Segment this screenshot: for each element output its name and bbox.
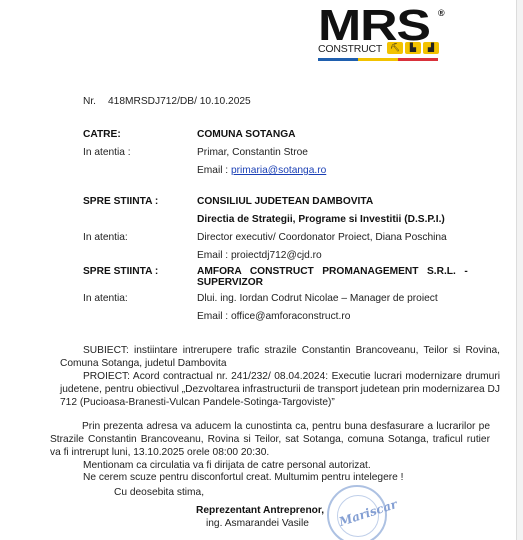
letter-page: MRS ® CONSTRUCT ⛏ ▙ ▟ Nr. 418MRSDJ712/DB… <box>0 0 517 540</box>
email-label: Email : <box>197 311 231 322</box>
mrs-construct-logo: MRS ® CONSTRUCT ⛏ ▙ ▟ <box>318 6 448 61</box>
logo-brand: MRS <box>318 6 430 46</box>
bulldozer-icon: ▟ <box>423 42 439 54</box>
email-label: Email : <box>197 250 231 261</box>
reference-number: 418MRSDJ712/DB/ 10.10.2025 <box>108 95 251 108</box>
spre-stiinta-2-attention: Dlui. ing. Iordan Codrut Nicolae – Manag… <box>197 292 438 305</box>
logo-subtitle: CONSTRUCT <box>318 43 382 55</box>
spre-stiinta-2-name-line2: SUPERVIZOR <box>197 276 263 289</box>
subject-paragraph: SUBIECT: instiintare intrerupere trafic … <box>60 344 500 370</box>
catre-email-row: Email : primaria@sotanga.ro <box>197 164 326 177</box>
vertical-scrollbar[interactable] <box>516 0 523 540</box>
catre-attention: Primar, Constantin Stroe <box>197 146 308 159</box>
catre-email-link[interactable]: primaria@sotanga.ro <box>231 165 326 176</box>
catre-label: CATRE: <box>83 128 121 141</box>
reference-label: Nr. <box>83 95 96 108</box>
spre-stiinta-1-department: Directia de Strategii, Programe si Inves… <box>197 213 445 226</box>
closing-role: Reprezentant Antreprenor, <box>196 504 324 517</box>
body-line-3: Ne cerem scuze pentru disconfortul creat… <box>83 471 403 484</box>
closing-signatory: ing. Asmarandei Vasile <box>206 517 309 530</box>
spre-stiinta-1-attention-label: In atentia: <box>83 231 128 244</box>
email-label: Email : <box>197 165 231 176</box>
project-paragraph: PROIECT: Acord contractual nr. 241/232/ … <box>60 370 500 409</box>
spre-stiinta-1-label: SPRE STIINTA : <box>83 195 158 208</box>
catre-attention-label: In atentia : <box>83 146 131 159</box>
spre-stiinta-1-name: CONSILIUL JUDETEAN DAMBOVITA <box>197 195 373 208</box>
closing-salutation: Cu deosebita stima, <box>114 486 204 499</box>
spre-stiinta-1-email-row: Email : proiectdj712@cjd.ro <box>197 249 322 262</box>
company-stamp: Mariscar <box>327 485 387 540</box>
spre-stiinta-2-attention-label: In atentia: <box>83 292 128 305</box>
spre-stiinta-1-email: proiectdj712@cjd.ro <box>231 250 322 261</box>
spre-stiinta-1-attention: Director executiv/ Coordonator Proiect, … <box>197 231 447 244</box>
logo-icons: ⛏ ▙ ▟ <box>387 42 439 54</box>
spre-stiinta-2-email: office@amforaconstruct.ro <box>231 311 350 322</box>
catre-name: COMUNA SOTANGA <box>197 128 295 141</box>
loader-icon: ▙ <box>405 42 421 54</box>
spre-stiinta-2-email-row: Email : office@amforaconstruct.ro <box>197 310 350 323</box>
excavator-icon: ⛏ <box>387 42 403 54</box>
registered-mark: ® <box>438 8 445 18</box>
spre-stiinta-2-label: SPRE STIINTA : <box>83 265 158 278</box>
body-paragraph: Prin prezenta adresa va aducem la cunost… <box>50 420 490 459</box>
logo-color-bar <box>318 58 438 61</box>
